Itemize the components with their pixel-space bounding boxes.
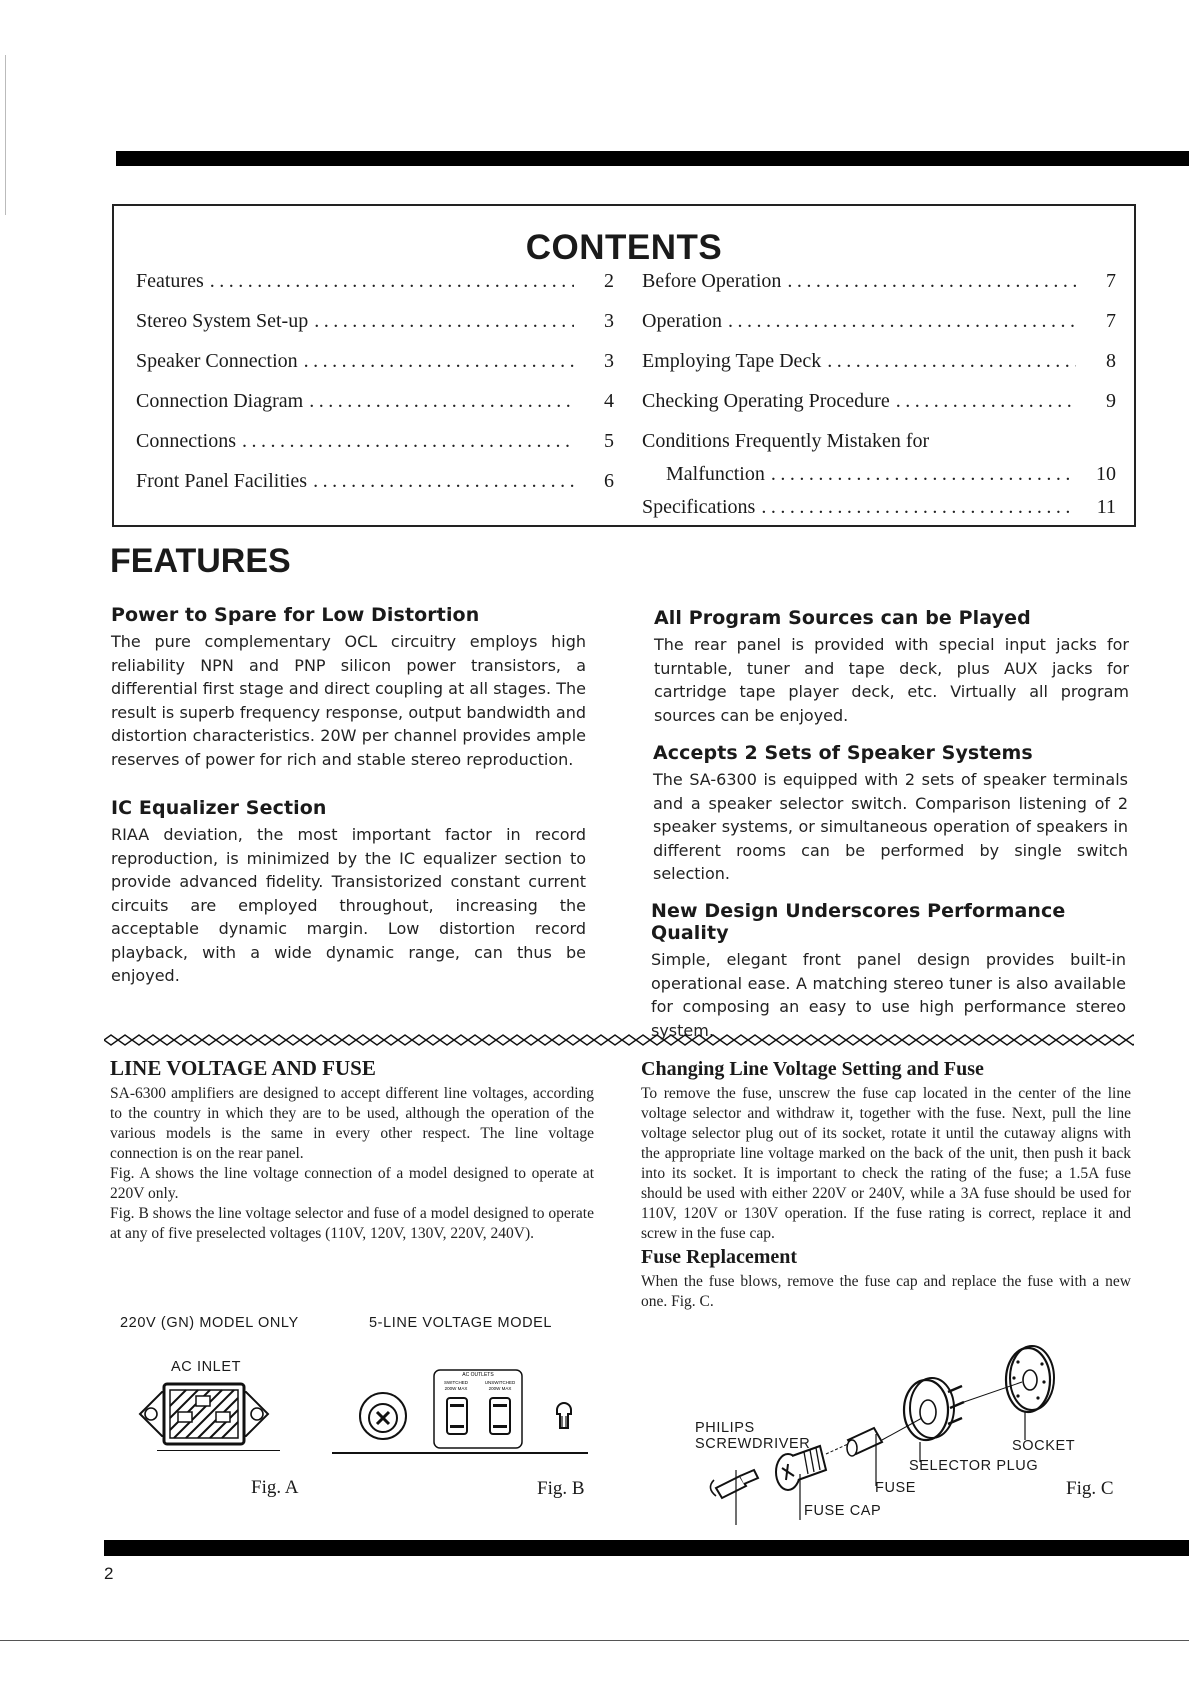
ac-outlets-label: AC OUTLETS bbox=[462, 1372, 494, 1378]
fig-c-caption: Fig. C bbox=[1066, 1478, 1114, 1500]
footer-bar bbox=[104, 1540, 1189, 1556]
line-voltage-paragraph: SA-6300 amplifiers are designed to accep… bbox=[110, 1084, 594, 1164]
leader-dots: ........................................… bbox=[309, 390, 574, 413]
toc-item[interactable]: Conditions Frequently Mistaken for Malfu… bbox=[642, 430, 1116, 496]
header-bar bbox=[116, 151, 1189, 166]
feature-section: All Program Sources can be Played The re… bbox=[654, 607, 1129, 727]
leader-dots: ........................................… bbox=[771, 463, 1076, 486]
leader-dots: ........................................… bbox=[761, 496, 1076, 519]
feature-body: The pure complementary OCL circuitry emp… bbox=[111, 630, 586, 771]
socket-label: SOCKET bbox=[1012, 1438, 1075, 1454]
changing-voltage-body: To remove the fuse, unscrew the fuse cap… bbox=[641, 1084, 1131, 1244]
leader-dots: ........................................… bbox=[787, 270, 1076, 293]
scan-edge-rule bbox=[0, 1640, 1189, 1641]
toc-page: 6 bbox=[574, 470, 614, 493]
toc-item[interactable]: Operation...............................… bbox=[642, 310, 1116, 350]
toc-page: 3 bbox=[574, 350, 614, 373]
toc-page: 9 bbox=[1076, 390, 1116, 413]
feature-section: New Design Underscores Performance Quali… bbox=[651, 900, 1126, 1042]
toc-item[interactable]: Checking Operating Procedure............… bbox=[642, 390, 1116, 430]
toc-page: 3 bbox=[574, 310, 614, 333]
toc-item[interactable]: Connection Diagram......................… bbox=[136, 390, 614, 430]
feature-section: IC Equalizer Section RIAA deviation, the… bbox=[111, 797, 586, 988]
leader-dots: ........................................… bbox=[210, 270, 574, 293]
scan-edge-mark bbox=[5, 55, 6, 215]
fig-a-model-label: 220V (GN) MODEL ONLY bbox=[120, 1315, 299, 1331]
fig-a-inlet-label: AC INLET bbox=[171, 1359, 241, 1375]
fuse-replacement-body: When the fuse blows, remove the fuse cap… bbox=[641, 1272, 1131, 1312]
leader-dots: ........................................… bbox=[827, 350, 1076, 373]
fuse-label: FUSE bbox=[875, 1480, 916, 1496]
fig-b-baseline bbox=[332, 1452, 588, 1454]
feature-body: RIAA deviation, the most important facto… bbox=[111, 823, 586, 988]
toc-item[interactable]: Speaker Connection......................… bbox=[136, 350, 614, 390]
feature-section: Power to Spare for Low Distortion The pu… bbox=[111, 604, 586, 771]
unswitched-label: UNSWITCHED bbox=[485, 1380, 516, 1385]
feature-body: Simple, elegant front panel design provi… bbox=[651, 948, 1126, 1042]
toc-item[interactable]: Employing Tape Deck.....................… bbox=[642, 350, 1116, 390]
toc-item[interactable]: Front Panel Facilities..................… bbox=[136, 470, 614, 510]
feature-heading: All Program Sources can be Played bbox=[654, 607, 1129, 629]
toc-item[interactable]: Before Operation........................… bbox=[642, 270, 1116, 310]
feature-section: Accepts 2 Sets of Speaker Systems The SA… bbox=[653, 742, 1128, 886]
feature-body: The rear panel is provided with special … bbox=[654, 633, 1129, 727]
switched-label: SWITCHED bbox=[444, 1380, 469, 1385]
feature-heading: New Design Underscores Performance Quali… bbox=[651, 900, 1126, 944]
toc-page: 8 bbox=[1076, 350, 1116, 373]
leader-dots: ........................................… bbox=[313, 470, 574, 493]
toc-left-column: Features................................… bbox=[136, 270, 614, 510]
fig-a-caption: Fig. A bbox=[251, 1477, 299, 1499]
philips-screwdriver-label: PHILIPS SCREWDRIVER bbox=[695, 1420, 810, 1452]
toc-page: 10 bbox=[1076, 463, 1116, 486]
line-voltage-paragraph: Fig. A shows the line voltage connection… bbox=[110, 1164, 594, 1204]
toc-page: 7 bbox=[1076, 270, 1116, 293]
toc-page: 4 bbox=[574, 390, 614, 413]
page-number: 2 bbox=[104, 1564, 113, 1584]
feature-heading: Power to Spare for Low Distortion bbox=[111, 604, 586, 626]
leader-dots: ........................................… bbox=[728, 310, 1076, 333]
leader-dots: ........................................… bbox=[304, 350, 574, 373]
toc-page: 7 bbox=[1076, 310, 1116, 333]
toc-item[interactable]: Specifications..........................… bbox=[642, 496, 1116, 536]
feature-heading: IC Equalizer Section bbox=[111, 797, 586, 819]
line-voltage-section: LINE VOLTAGE AND FUSE SA-6300 amplifiers… bbox=[110, 1056, 594, 1244]
ac-inlet-icon bbox=[134, 1378, 274, 1450]
fig-b-model-label: 5-LINE VOLTAGE MODEL bbox=[369, 1315, 552, 1331]
voltage-selector-panel-icon: AC OUTLETS SWITCHED UNSWITCHED 200W MAX … bbox=[355, 1366, 585, 1456]
changing-voltage-title: Changing Line Voltage Setting and Fuse bbox=[641, 1058, 1131, 1081]
toc-page: 5 bbox=[574, 430, 614, 453]
toc-page: 11 bbox=[1076, 496, 1116, 519]
toc-right-column: Before Operation........................… bbox=[642, 270, 1116, 536]
leader-dots: ........................................… bbox=[242, 430, 574, 453]
leader-dots: ........................................… bbox=[314, 310, 574, 333]
changing-voltage-section: Changing Line Voltage Setting and Fuse T… bbox=[641, 1056, 1131, 1312]
features-title: FEATURES bbox=[110, 542, 291, 581]
toc-page: 2 bbox=[574, 270, 614, 293]
contents-title: CONTENTS bbox=[114, 228, 1134, 268]
selector-plug-label: SELECTOR PLUG bbox=[909, 1458, 1038, 1474]
fig-a-baseline bbox=[157, 1450, 280, 1451]
feature-heading: Accepts 2 Sets of Speaker Systems bbox=[653, 742, 1128, 764]
feature-body: The SA-6300 is equipped with 2 sets of s… bbox=[653, 768, 1128, 886]
line-voltage-title: LINE VOLTAGE AND FUSE bbox=[110, 1056, 594, 1081]
switched-max-label: 200W MAX bbox=[445, 1386, 468, 1391]
unswitched-max-label: 200W MAX bbox=[489, 1386, 512, 1391]
fuse-replacement-title: Fuse Replacement bbox=[641, 1246, 1131, 1269]
leader-dots: ........................................… bbox=[896, 390, 1076, 413]
line-voltage-paragraph: Fig. B shows the line voltage selector a… bbox=[110, 1204, 594, 1244]
fuse-cap-label: FUSE CAP bbox=[804, 1503, 881, 1519]
diamond-divider bbox=[104, 1034, 1134, 1046]
contents-box: CONTENTS Features.......................… bbox=[112, 204, 1136, 527]
fig-b-caption: Fig. B bbox=[537, 1478, 585, 1500]
toc-item[interactable]: Features................................… bbox=[136, 270, 614, 310]
toc-item[interactable]: Connections.............................… bbox=[136, 430, 614, 470]
toc-item[interactable]: Stereo System Set-up....................… bbox=[136, 310, 614, 350]
